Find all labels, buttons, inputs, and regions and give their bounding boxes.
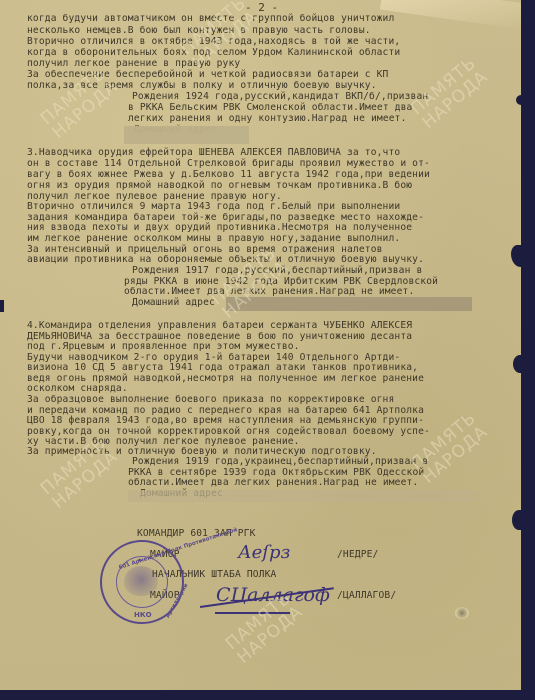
torn-edge [516, 95, 521, 105]
paper-fold [380, 0, 521, 30]
document-sheet: - 2 - когда будучи автоматчиком он вмест… [0, 0, 521, 690]
home-address-label: Домашний адрес [132, 297, 215, 309]
chief-of-staff-name: /ЦАЛЛАГОВ/ [337, 590, 396, 602]
stamp-ring-text: Артиллерии [165, 583, 190, 619]
torn-edge [511, 245, 521, 267]
commander-name: /НЕДРЕ/ [337, 549, 378, 561]
redacted-address [124, 126, 249, 144]
redacted-address [226, 297, 472, 311]
torn-edge [0, 300, 4, 312]
punch-hole [455, 607, 469, 619]
stamp-ring-text: НКО [134, 611, 152, 619]
coat-of-arms-icon [124, 566, 158, 596]
redacted-address [128, 490, 478, 502]
torn-edge [512, 510, 521, 530]
commander-signature: Аеſрз [238, 542, 290, 563]
official-stamp: ★ 601 Армейский Полк Противотанковой Арт… [100, 540, 184, 624]
text-line: когда будучи автоматчиком он вместе с гр… [27, 13, 394, 25]
commander-title: КОМАНДИР 601 ЗАП РГК [137, 528, 256, 540]
signature-underline [215, 612, 290, 614]
torn-edge [513, 355, 521, 373]
